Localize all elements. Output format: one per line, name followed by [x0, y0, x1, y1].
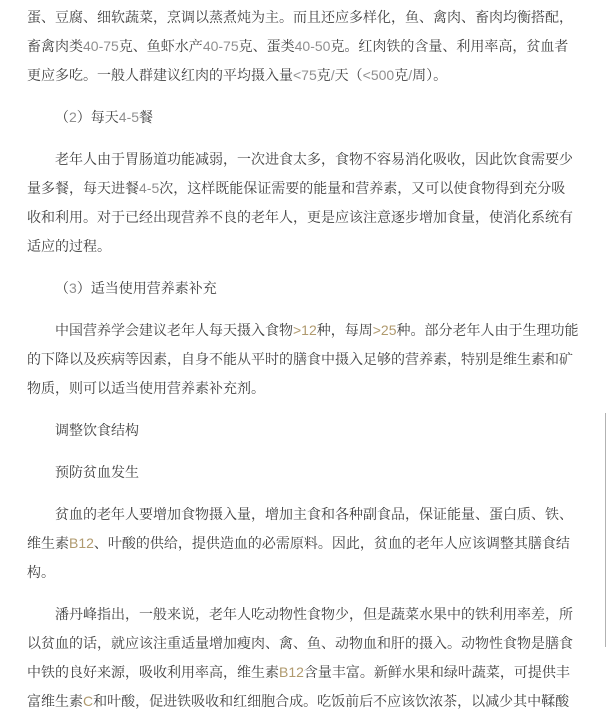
paragraph: 中国营养学会建议老年人每天摄入食物>12种，每周>25种。部分老年人由于生理功能… [27, 316, 579, 403]
right-edge-divider-line [605, 413, 606, 647]
numeric-token: 4-5 [139, 180, 159, 196]
text-run: 克 [317, 67, 331, 83]
text-run: 调整饮食结构 [55, 422, 139, 438]
text-run: 种，每周 [317, 322, 373, 338]
numeric-token: 40-75 [203, 38, 239, 54]
numeric-token: 40-50 [295, 38, 331, 54]
numeric-token: <500 [363, 67, 395, 83]
text-run: （ [55, 109, 69, 125]
highlighted-token: B12 [279, 664, 304, 680]
text-run: 天（ [335, 67, 363, 83]
paragraph: （2）每天4-5餐 [27, 103, 579, 132]
text-run: （ [55, 280, 69, 296]
paragraph: 调整饮食结构 [27, 416, 579, 445]
numeric-token: <75 [293, 67, 317, 83]
text-run: 克、鱼虾水产 [119, 38, 203, 54]
document-body: 蛋、豆腐、细软蔬菜，烹调以蒸煮炖为主。而且还应多样化，鱼、禽肉、畜肉均衡搭配，畜… [0, 0, 609, 709]
paragraph: （3）适当使用营养素补充 [27, 274, 579, 303]
text-run: ）每天 [77, 109, 119, 125]
text-run: 克 [394, 67, 408, 83]
text-run: 、叶酸的供给，提供造血的必需原料。因此，贫血的老年人应该调整其膳食结构。 [27, 535, 570, 580]
highlighted-token: C [83, 693, 93, 709]
paragraph: 蛋、豆腐、细软蔬菜，烹调以蒸煮炖为主。而且还应多样化，鱼、禽肉、畜肉均衡搭配，畜… [27, 3, 579, 90]
highlighted-token: B12 [69, 535, 94, 551]
text-run: ）适当使用营养素补充 [77, 280, 217, 296]
text-run: 预防贫血发生 [55, 464, 139, 480]
paragraph: 预防贫血发生 [27, 458, 579, 487]
highlighted-token: >12 [293, 322, 317, 338]
paragraph: 潘丹峰指出，一般来说，老年人吃动物性食物少，但是蔬菜水果中的铁利用率差，所以贫血… [27, 600, 579, 709]
numeric-token: 4-5 [119, 109, 139, 125]
text-run: 中国营养学会建议老年人每天摄入食物 [55, 322, 293, 338]
text-run: 餐 [139, 109, 153, 125]
paragraph: 老年人由于胃肠道功能减弱，一次进食太多，食物不容易消化吸收，因此饮食需要少量多餐… [27, 145, 579, 261]
numeric-token: 40-75 [83, 38, 119, 54]
paragraph: 贫血的老年人要增加食物摄入量，增加主食和各种副食品，保证能量、蛋白质、铁、维生素… [27, 500, 579, 587]
text-run: 克、蛋类 [239, 38, 295, 54]
text-run: 和叶酸，促进铁吸收和红细胞合成。吃饭前后不应该饮浓茶，以减少其中鞣酸 [93, 693, 569, 709]
numeric-token: 2 [69, 109, 77, 125]
highlighted-token: >25 [373, 322, 397, 338]
text-run: 周）。 [412, 67, 447, 83]
numeric-token: 3 [69, 280, 77, 296]
